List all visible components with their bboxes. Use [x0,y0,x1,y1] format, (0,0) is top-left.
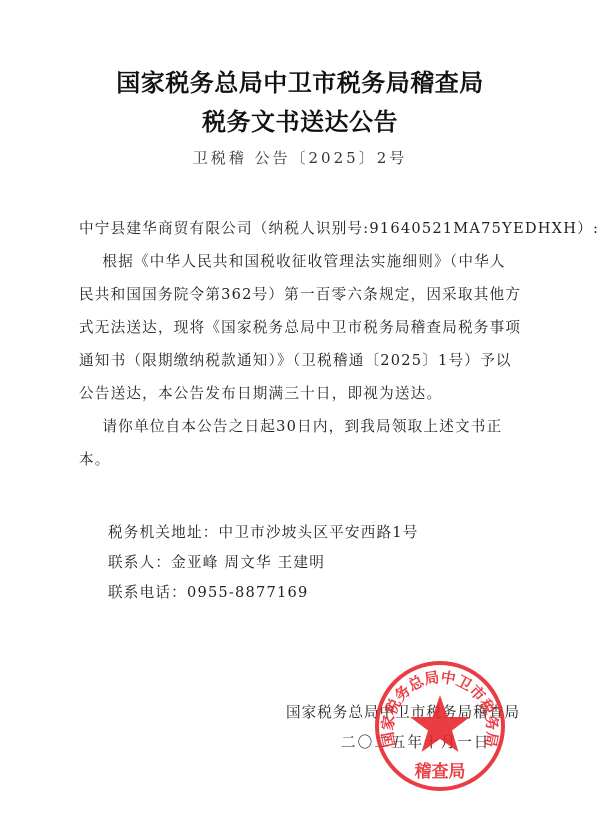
paragraph2-line: 请你单位自本公告之日起30日内，到我局领取上述文书正 [79,415,502,436]
official-seal-icon: 国家税务总局中卫市税务局 稽查局 [373,659,507,793]
document-title-line2: 税务文书送达公告 [0,102,600,137]
paragraph1-line: 民共和国国务院令第362号）第一百零六条规定，因采取其他方 [79,283,521,304]
paragraph2-line: 本。 [79,448,111,469]
tax-office-address: 税务机关地址：中卫市沙坡头区平安西路1号 [108,521,419,542]
paragraph1-line: 式无法送达，现将《国家税务总局中卫市税务局稽查局税务事项 [79,316,521,337]
seal-star-icon [410,695,470,752]
document-title-line1: 国家税务总局中卫市税务局稽查局 [0,63,600,98]
contact-persons: 联系人：金亚峰 周文华 王建明 [108,551,325,572]
addressee: 中宁县建华商贸有限公司（纳税人识别号:91640521MA75YEDHXH）: [79,217,599,238]
document-number: 卫税稽 公告〔2025〕2号 [0,147,600,168]
paragraph1-line: 通知书（限期缴纳税款通知）》（卫税稽通〔2025〕1号）予以 [79,349,512,370]
paragraph1-line: 公告送达，本公告发布日期满三十日，即视为送达。 [79,382,442,403]
paragraph1-line: 根据《中华人民共和国税收征收管理法实施细则》（中华人 [79,250,506,271]
contact-phone: 联系电话：0955-8877169 [108,581,308,602]
svg-text:稽查局: 稽查局 [415,761,466,782]
